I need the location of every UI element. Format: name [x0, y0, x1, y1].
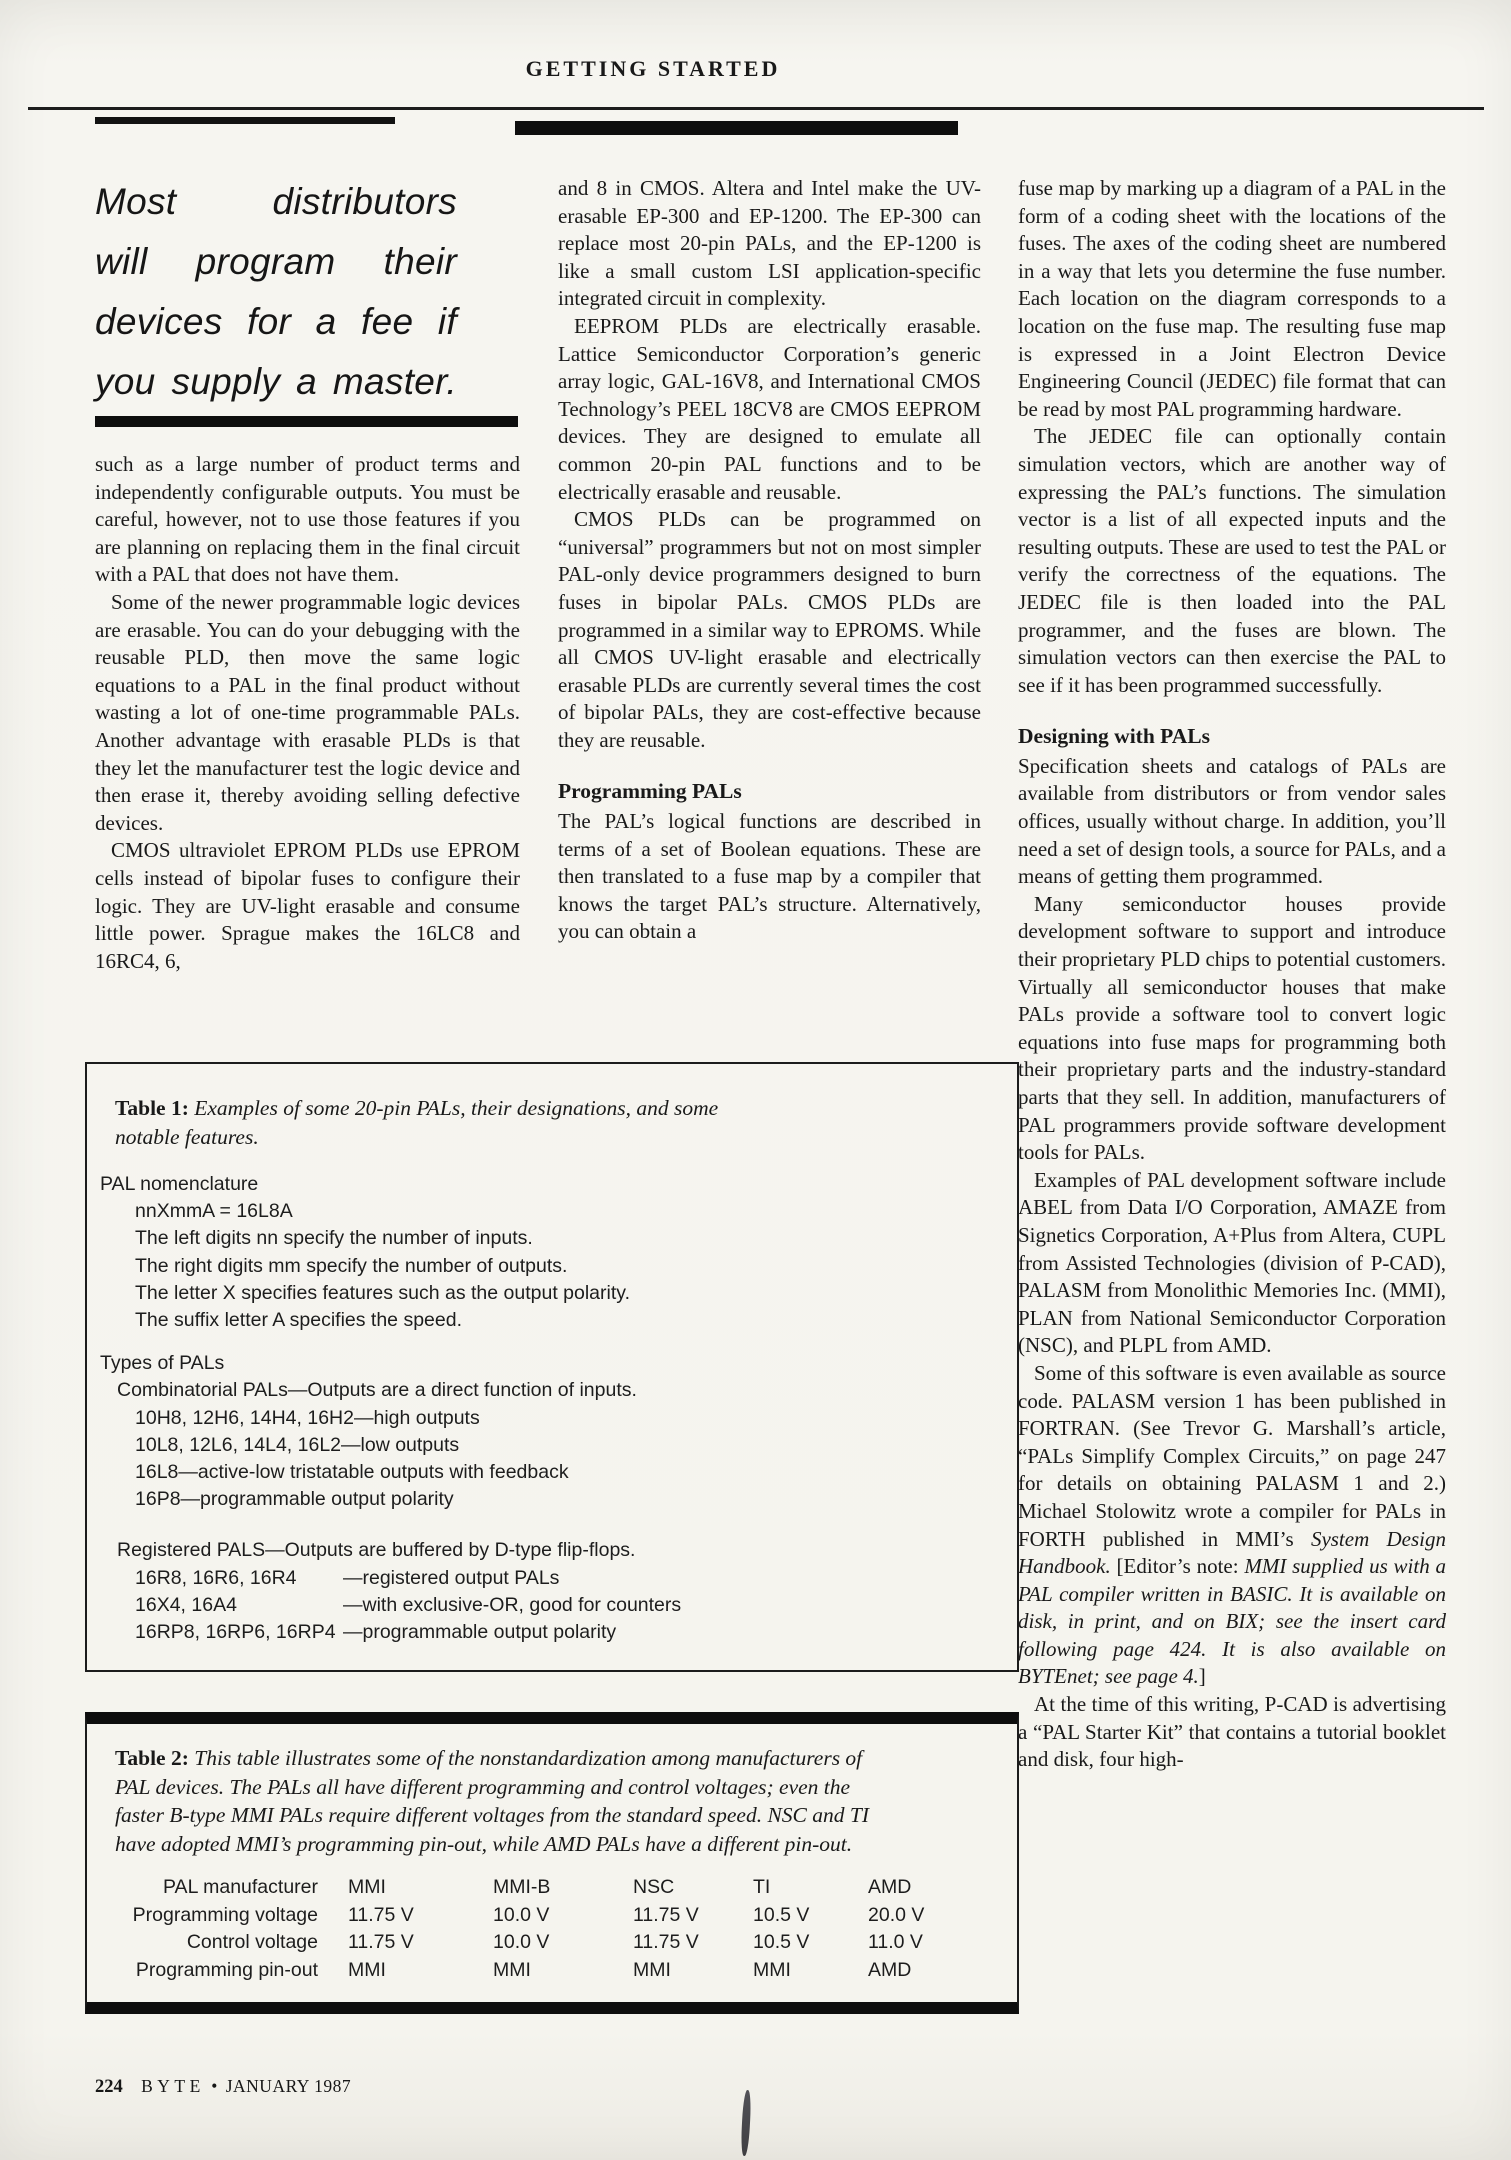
- paragraph: Some of the newer programmable logic dev…: [95, 589, 520, 837]
- pull-quote: Most distributors will program their dev…: [95, 172, 457, 412]
- section-heading: Programming PALs: [558, 778, 981, 806]
- table2-row-label: Control voltage: [100, 1929, 318, 1957]
- header-rule: [28, 107, 1484, 110]
- page-header-title: GETTING STARTED: [353, 56, 953, 82]
- table2-cell: 20.0 V: [838, 1902, 997, 1930]
- table2-caption-label: Table 2:: [115, 1746, 189, 1770]
- text-run: EEPROM PLDs are electrically erasable. L…: [558, 314, 981, 504]
- table2-cell: MMI: [318, 1957, 463, 1985]
- pal-device-names: 16R8, 16R6, 16R4: [135, 1565, 343, 1592]
- text-run: Some of this software is even available …: [1018, 1361, 1446, 1551]
- text-column-middle: and 8 in CMOS. Altera and Intel make the…: [558, 175, 981, 946]
- issue-date: JANUARY 1987: [226, 2076, 351, 2096]
- table2-box: Table 2: This table illustrates some of …: [85, 1712, 1019, 2014]
- section-heading: Designing with PALs: [1018, 723, 1446, 751]
- text-run: such as a large number of product terms …: [95, 452, 520, 586]
- pull-quote-top-rule: [95, 117, 395, 124]
- text-run: Examples of PAL development software inc…: [1018, 1168, 1446, 1358]
- table1-line: The left digits nn specify the number of…: [135, 1225, 997, 1252]
- text-run: Many semiconductor houses provide develo…: [1018, 892, 1446, 1164]
- table2-cell: 11.75 V: [318, 1902, 463, 1930]
- table2-cell: MMI: [723, 1957, 838, 1985]
- text-run: Some of the newer programmable logic dev…: [95, 590, 520, 835]
- table2-row-label: Programming voltage: [100, 1902, 318, 1930]
- table1-line: The right digits mm specify the number o…: [135, 1253, 997, 1280]
- table1-caption: Table 1: Examples of some 20-pin PALs, t…: [115, 1094, 755, 1151]
- table1-line: 10H8, 12H6, 14H4, 16H2—high outputs: [135, 1405, 997, 1432]
- text-run: The PAL’s logical functions are describe…: [558, 809, 981, 943]
- table2-cell: NSC: [603, 1874, 723, 1902]
- table2-cell: AMD: [838, 1874, 997, 1902]
- table2-caption-text: This table illustrates some of the nonst…: [115, 1746, 869, 1856]
- text-column-right: fuse map by marking up a diagram of a PA…: [1018, 175, 1446, 1774]
- table1-group-heading: PAL nomenclature: [100, 1171, 997, 1198]
- table2-row-label: PAL manufacturer: [100, 1874, 318, 1902]
- pal-device-description: —with exclusive-OR, good for counters: [343, 1594, 681, 1616]
- table1-line: The suffix letter A specifies the speed.: [135, 1307, 997, 1334]
- table2-grid: PAL manufacturerMMIMMI-BNSCTIAMDProgramm…: [100, 1874, 997, 1984]
- table1-line: The letter X specifies features such as …: [135, 1280, 997, 1307]
- pal-device-description: —programmable output polarity: [343, 1621, 616, 1643]
- text-run: At the time of this writing, P-CAD is ad…: [1018, 1692, 1446, 1771]
- pull-quote-line: will program their: [95, 232, 457, 292]
- table1-caption-text: Examples of some 20-pin PALs, their desi…: [115, 1096, 718, 1149]
- text-run: CMOS PLDs can be programmed on “universa…: [558, 507, 981, 752]
- paragraph: The PAL’s logical functions are describe…: [558, 808, 981, 946]
- pull-quote-line: you supply a master.: [95, 352, 457, 412]
- table2-row-label: Programming pin-out: [100, 1957, 318, 1985]
- text-run: ]: [1199, 1664, 1206, 1688]
- table2-cell: MMI: [463, 1957, 603, 1985]
- text-run: [Editor’s note:: [1111, 1554, 1245, 1578]
- table2-cell: 10.0 V: [463, 1929, 603, 1957]
- pal-device-names: 16X4, 16A4: [135, 1592, 343, 1619]
- magazine-name: BYTE: [141, 2076, 205, 2096]
- table2-cell: 11.75 V: [603, 1929, 723, 1957]
- table2-cell: AMD: [838, 1957, 997, 1985]
- table2-cell: MMI: [603, 1957, 723, 1985]
- table2-cell: 10.5 V: [723, 1929, 838, 1957]
- table1-content: PAL nomenclaturennXmmA = 16L8AThe left d…: [100, 1171, 997, 1646]
- paragraph: At the time of this writing, P-CAD is ad…: [1018, 1691, 1446, 1774]
- table2-cell: 11.75 V: [603, 1902, 723, 1930]
- table2-caption: Table 2: This table illustrates some of …: [115, 1744, 875, 1858]
- text-run: The JEDEC file can optionally contain si…: [1018, 424, 1446, 696]
- table1-group-heading: Types of PALs: [100, 1350, 997, 1377]
- table1-line: 16X4, 16A4—with exclusive-OR, good for c…: [135, 1592, 997, 1619]
- table1-line: 16RP8, 16RP6, 16RP4—programmable output …: [135, 1619, 997, 1646]
- paragraph: CMOS ultraviolet EPROM PLDs use EPROM ce…: [95, 837, 520, 975]
- scan-smudge: [740, 2090, 751, 2156]
- table1-spacer: [100, 1513, 997, 1537]
- table2-cell: MMI: [318, 1874, 463, 1902]
- text-run: and 8 in CMOS. Altera and Intel make the…: [558, 176, 981, 310]
- paragraph: The JEDEC file can optionally contain si…: [1018, 423, 1446, 699]
- paragraph: Examples of PAL development software inc…: [1018, 1167, 1446, 1360]
- paragraph: EEPROM PLDs are electrically erasable. L…: [558, 313, 981, 506]
- table1-group: Types of PALsCombinatorial PALs—Outputs …: [100, 1350, 997, 1646]
- footer-separator: •: [211, 2076, 217, 2096]
- table1-caption-label: Table 1:: [115, 1096, 189, 1120]
- paragraph: Some of this software is even available …: [1018, 1360, 1446, 1691]
- pal-device-description: —registered output PALs: [343, 1567, 559, 1589]
- page-number: 224: [95, 2077, 123, 2097]
- table1-line: 10L8, 12L6, 14L4, 16L2—low outputs: [135, 1432, 997, 1459]
- text-run: Specification sheets and catalogs of PAL…: [1018, 754, 1446, 888]
- table1-box: Table 1: Examples of some 20-pin PALs, t…: [85, 1062, 1019, 1672]
- table2-cell: TI: [723, 1874, 838, 1902]
- text-run: CMOS ultraviolet EPROM PLDs use EPROM ce…: [95, 838, 520, 972]
- table1-line: nnXmmA = 16L8A: [135, 1198, 997, 1225]
- paragraph: fuse map by marking up a diagram of a PA…: [1018, 175, 1446, 423]
- table1-line: 16P8—programmable output polarity: [135, 1486, 997, 1513]
- pal-device-names: 16RP8, 16RP6, 16RP4: [135, 1619, 343, 1646]
- text-column-left: such as a large number of product terms …: [95, 451, 520, 975]
- table1-line: 16L8—active-low tristatable outputs with…: [135, 1459, 997, 1486]
- header-thick-bar: [515, 121, 958, 135]
- paragraph: Many semiconductor houses provide develo…: [1018, 891, 1446, 1167]
- pull-quote-bottom-rule: [95, 416, 518, 427]
- table2-cell: 11.75 V: [318, 1929, 463, 1957]
- table2-cell: MMI-B: [463, 1874, 603, 1902]
- table2-cell: 10.5 V: [723, 1902, 838, 1930]
- table1-group: PAL nomenclaturennXmmA = 16L8AThe left d…: [100, 1171, 997, 1334]
- paragraph: CMOS PLDs can be programmed on “universa…: [558, 506, 981, 754]
- paragraph: Specification sheets and catalogs of PAL…: [1018, 753, 1446, 891]
- paragraph: such as a large number of product terms …: [95, 451, 520, 589]
- table2-cell: 10.0 V: [463, 1902, 603, 1930]
- paragraph: and 8 in CMOS. Altera and Intel make the…: [558, 175, 981, 313]
- table1-line: Registered PALS—Outputs are buffered by …: [117, 1537, 997, 1564]
- magazine-page: GETTING STARTED Most distributors will p…: [0, 0, 1511, 2160]
- pull-quote-line: devices for a fee if: [95, 292, 457, 352]
- table1-line: 16R8, 16R6, 16R4—registered output PALs: [135, 1565, 997, 1592]
- table2-cell: 11.0 V: [838, 1929, 997, 1957]
- text-run: fuse map by marking up a diagram of a PA…: [1018, 176, 1446, 421]
- page-footer: 224 BYTE • JANUARY 1987: [95, 2076, 351, 2098]
- pull-quote-line: Most distributors: [95, 172, 457, 232]
- table1-line: Combinatorial PALs—Outputs are a direct …: [117, 1377, 997, 1404]
